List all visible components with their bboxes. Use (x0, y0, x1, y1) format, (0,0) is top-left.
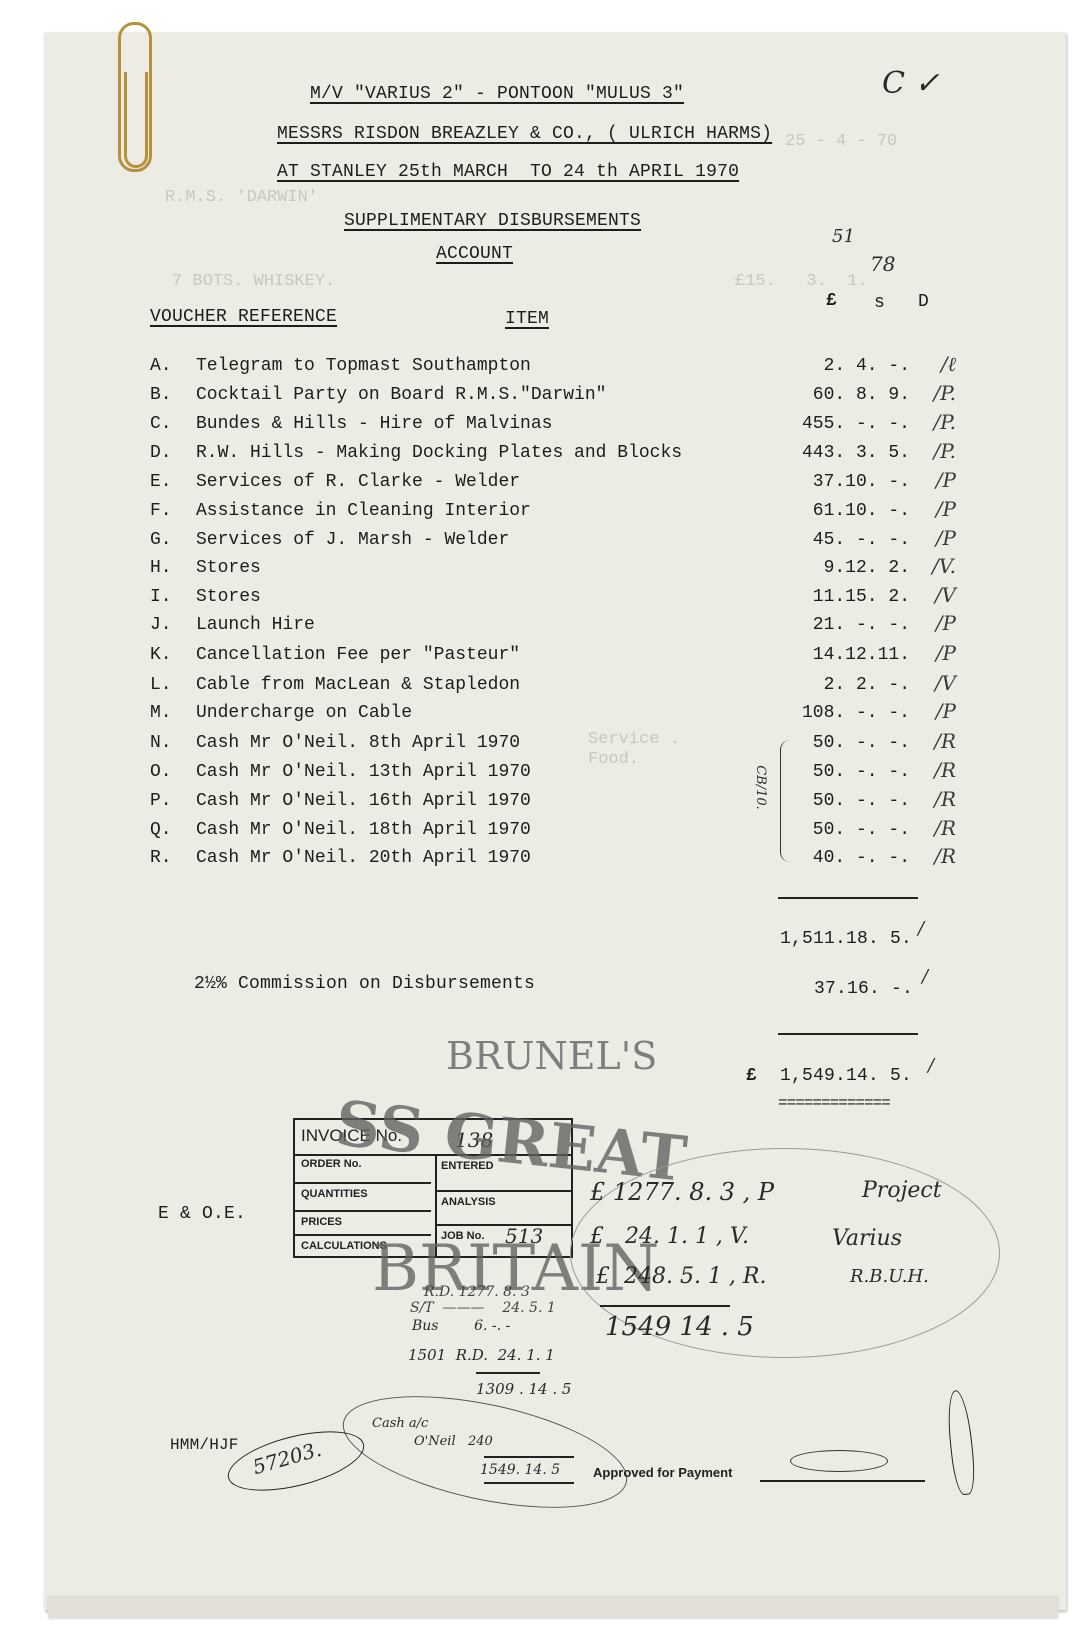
table-row: G.Services of J. Marsh - Welder45. -. -.… (150, 530, 950, 559)
item-text: Cable from MacLean & Stapledon (196, 675, 520, 695)
calc-rule (484, 1456, 574, 1458)
amount: 108. -. -. (802, 703, 910, 723)
subtotal-amount: 1,511.18. 5. (780, 929, 912, 949)
voucher-ref: H. (150, 558, 172, 578)
voucher-reference-header: VOUCHER REFERENCE (150, 307, 337, 327)
margin-note: 51 (832, 226, 855, 247)
check-mark: /P (936, 611, 956, 635)
table-row: L.Cable from MacLean & Stapledon2. 2. -.… (150, 675, 950, 704)
amount: 60. 8. 9. (813, 385, 910, 405)
item-text: Services of R. Clarke - Welder (196, 472, 520, 492)
commission-label: 2½% Commission on Disbursements (194, 974, 535, 994)
voucher-ref: N. (150, 733, 172, 753)
quantities-label: QUANTITIES (301, 1188, 368, 1200)
table-row: N.Cash Mr O'Neil. 8th April 197050. -. -… (150, 733, 950, 762)
bleed-text: 7 BOTS. WHISKEY. (172, 272, 335, 291)
pence-header: D (918, 292, 929, 312)
subtotal-rule (778, 897, 918, 899)
typist-initials: HMM/HJF (170, 1436, 239, 1454)
table-row: C.Bundes & Hills - Hire of Malvinas455. … (150, 414, 950, 443)
amount: 50. -. -. (813, 762, 910, 782)
item-text: Stores (196, 558, 261, 578)
commission-amount: 37.16. -. (814, 979, 913, 999)
table-row: R.Cash Mr O'Neil. 20th April 197040. -. … (150, 848, 950, 877)
approved-for-payment-label: Approved for Payment (593, 1465, 732, 1480)
table-row: H.Stores9.12. 2./V. (150, 558, 950, 587)
check-mark: /V (935, 671, 956, 695)
date-range-line: AT STANLEY 25th MARCH TO 24 th APRIL 197… (277, 162, 739, 182)
bleed-text: 25 - 4 - 70 (785, 132, 897, 151)
table-row: K.Cancellation Fee per "Pasteur"14.12.11… (150, 645, 950, 674)
handwritten-calc-total: 1549 14 . 5 (605, 1312, 754, 1342)
corner-note: C ✓ (882, 66, 940, 101)
amount: 14.12.11. (813, 645, 910, 665)
total-rule (778, 1033, 918, 1035)
voucher-ref: P. (150, 791, 172, 811)
voucher-ref: K. (150, 645, 172, 665)
table-row: O.Cash Mr O'Neil. 13th April 197050. -. … (150, 762, 950, 791)
handwritten-calc: £ 24. 1. 1 , V. (590, 1224, 749, 1249)
amount: 443. 3. 5. (802, 443, 910, 463)
item-text: Cash Mr O'Neil. 13th April 1970 (196, 762, 531, 782)
handwritten-note: Cash a/c (372, 1416, 428, 1431)
check-mark: /P. (934, 381, 957, 405)
amount: 45. -. -. (813, 530, 910, 550)
check-mark: /P (936, 641, 956, 665)
voucher-ref: O. (150, 762, 172, 782)
check-mark: / (928, 1055, 934, 1076)
document-title: SUPPLIMENTARY DISBURSEMENTS (344, 211, 641, 231)
table-row: M.Undercharge on Cable108. -. -./P (150, 703, 950, 732)
handwritten-calc: S/T ——— 24. 5. 1 (410, 1300, 556, 1316)
item-text: Cocktail Party on Board R.M.S."Darwin" (196, 385, 606, 405)
check-mark: /V. (932, 554, 956, 578)
item-text: Assistance in Cleaning Interior (196, 501, 531, 521)
bracket-note: CB/10. (753, 765, 768, 810)
check-mark: /P (936, 699, 956, 723)
item-text: Cash Mr O'Neil. 8th April 1970 (196, 733, 520, 753)
prices-label: PRICES (301, 1216, 342, 1228)
margin-note: 78 (870, 252, 895, 276)
item-text: Services of J. Marsh - Welder (196, 530, 509, 550)
calc-rule (484, 1482, 574, 1484)
check-mark: /R (934, 787, 956, 811)
check-mark: / (918, 918, 924, 939)
amount: 37.10. -. (813, 472, 910, 492)
amount: 61.10. -. (813, 501, 910, 521)
table-row: B.Cocktail Party on Board R.M.S."Darwin"… (150, 385, 950, 414)
amount: 50. -. -. (813, 791, 910, 811)
item-text: Bundes & Hills - Hire of Malvinas (196, 414, 552, 434)
voucher-ref: L. (150, 675, 172, 695)
check-mark: /R (934, 844, 956, 868)
vessel-line: M/V "VARIUS 2" - PONTOON "MULUS 3" (310, 84, 684, 104)
check-mark: /P (936, 497, 956, 521)
handwritten-calc: 1501 R.D. 24. 1. 1 (408, 1346, 555, 1364)
amount: 11.15. 2. (813, 587, 910, 607)
item-text: Stores (196, 587, 261, 607)
amount: 50. -. -. (813, 820, 910, 840)
voucher-ref: E. (150, 472, 172, 492)
item-text: R.W. Hills - Making Docking Plates and B… (196, 443, 682, 463)
amount: 9.12. 2. (824, 558, 910, 578)
table-row: A.Telegram to Topmast Southampton2. 4. -… (150, 356, 950, 385)
calc-rule (476, 1372, 540, 1374)
voucher-ref: G. (150, 530, 172, 550)
analysis-label: ANALYSIS (441, 1196, 496, 1208)
check-mark: / (922, 966, 928, 987)
check-mark: /P. (934, 439, 957, 463)
watermark-brunels: BRUNEL'S (446, 1034, 657, 1078)
signature-line (760, 1480, 925, 1482)
amount: 2. 2. -. (824, 675, 910, 695)
table-row: F.Assistance in Cleaning Interior61.10. … (150, 501, 950, 530)
approval-signature (790, 1450, 888, 1472)
amount: 455. -. -. (802, 414, 910, 434)
document-subtitle: ACCOUNT (436, 244, 513, 264)
voucher-ref: D. (150, 443, 172, 463)
handwritten-calc: £ 1277. 8. 3 , P (590, 1178, 774, 1206)
errors-omissions-excepted: E & O.E. (158, 1204, 246, 1224)
total-amount: 1,549.14. 5. (780, 1066, 912, 1086)
handwritten-side-note: R.B.U.H. (850, 1266, 929, 1287)
item-header: ITEM (505, 309, 549, 329)
table-row: D.R.W. Hills - Making Docking Plates and… (150, 443, 950, 472)
shillings-header: s (874, 293, 885, 313)
bracket-mark (780, 740, 794, 862)
voucher-ref: R. (150, 848, 172, 868)
item-text: Launch Hire (196, 615, 315, 635)
underlying-page-edge (48, 1595, 1058, 1617)
item-text: Telegram to Topmast Southampton (196, 356, 531, 376)
handwritten-side-note: Project (862, 1178, 942, 1203)
bleed-text: R.M.S. 'DARWIN' (165, 188, 318, 207)
handwritten-calc: Bus 6. -. - (412, 1318, 510, 1334)
voucher-ref: A. (150, 356, 172, 376)
amount: 21. -. -. (813, 615, 910, 635)
check-mark: /ℓ (941, 352, 956, 377)
voucher-ref: I. (150, 587, 172, 607)
total-currency: £ (746, 1066, 757, 1086)
handwritten-side-note: Varius (832, 1226, 902, 1251)
voucher-ref: J. (150, 615, 172, 635)
check-mark: /V (935, 583, 956, 607)
voucher-ref: B. (150, 385, 172, 405)
voucher-ref: C. (150, 414, 172, 434)
voucher-ref: M. (150, 703, 172, 723)
agent-line: MESSRS RISDON BREAZLEY & CO., ( ULRICH H… (277, 124, 772, 144)
table-row: E.Services of R. Clarke - Welder37.10. -… (150, 472, 950, 501)
total-double-rule: ============= (778, 1094, 890, 1112)
check-mark: /P (936, 526, 956, 550)
table-row: J.Launch Hire21. -. -./P (150, 615, 950, 644)
handwritten-calc: £ 248. 5. 1 , R. (596, 1264, 766, 1289)
handwritten-calc: 1309 . 14 . 5 (476, 1380, 571, 1398)
item-text: Undercharge on Cable (196, 703, 412, 723)
item-text: Cash Mr O'Neil. 16th April 1970 (196, 791, 531, 811)
table-row: I.Stores11.15. 2./V (150, 587, 950, 616)
calc-rule (600, 1305, 730, 1307)
voucher-ref: F. (150, 501, 172, 521)
table-row: Q.Cash Mr O'Neil. 18th April 197050. -. … (150, 820, 950, 849)
table-row: P.Cash Mr O'Neil. 16th April 197050. -. … (150, 791, 950, 820)
check-mark: /P (936, 468, 956, 492)
handwritten-calc: R.D. 1277. 8. 3 (424, 1284, 530, 1300)
amount: 40. -. -. (813, 848, 910, 868)
amount: 2. 4. -. (824, 356, 910, 376)
check-mark: /R (934, 816, 956, 840)
item-text: Cancellation Fee per "Pasteur" (196, 645, 520, 665)
check-mark: /R (934, 729, 956, 753)
paperclip-inner-loop (124, 72, 148, 168)
item-text: Cash Mr O'Neil. 18th April 1970 (196, 820, 531, 840)
amount: 50. -. -. (813, 733, 910, 753)
handwritten-note: O'Neil 240 (414, 1434, 493, 1449)
bleed-text: £15. 3. 1. (735, 272, 868, 291)
check-mark: /P. (934, 410, 957, 434)
voucher-ref: Q. (150, 820, 172, 840)
check-mark: /R (934, 758, 956, 782)
pounds-header: £ (826, 291, 837, 311)
handwritten-note: 1549. 14. 5 (480, 1462, 560, 1478)
item-text: Cash Mr O'Neil. 20th April 1970 (196, 848, 531, 868)
